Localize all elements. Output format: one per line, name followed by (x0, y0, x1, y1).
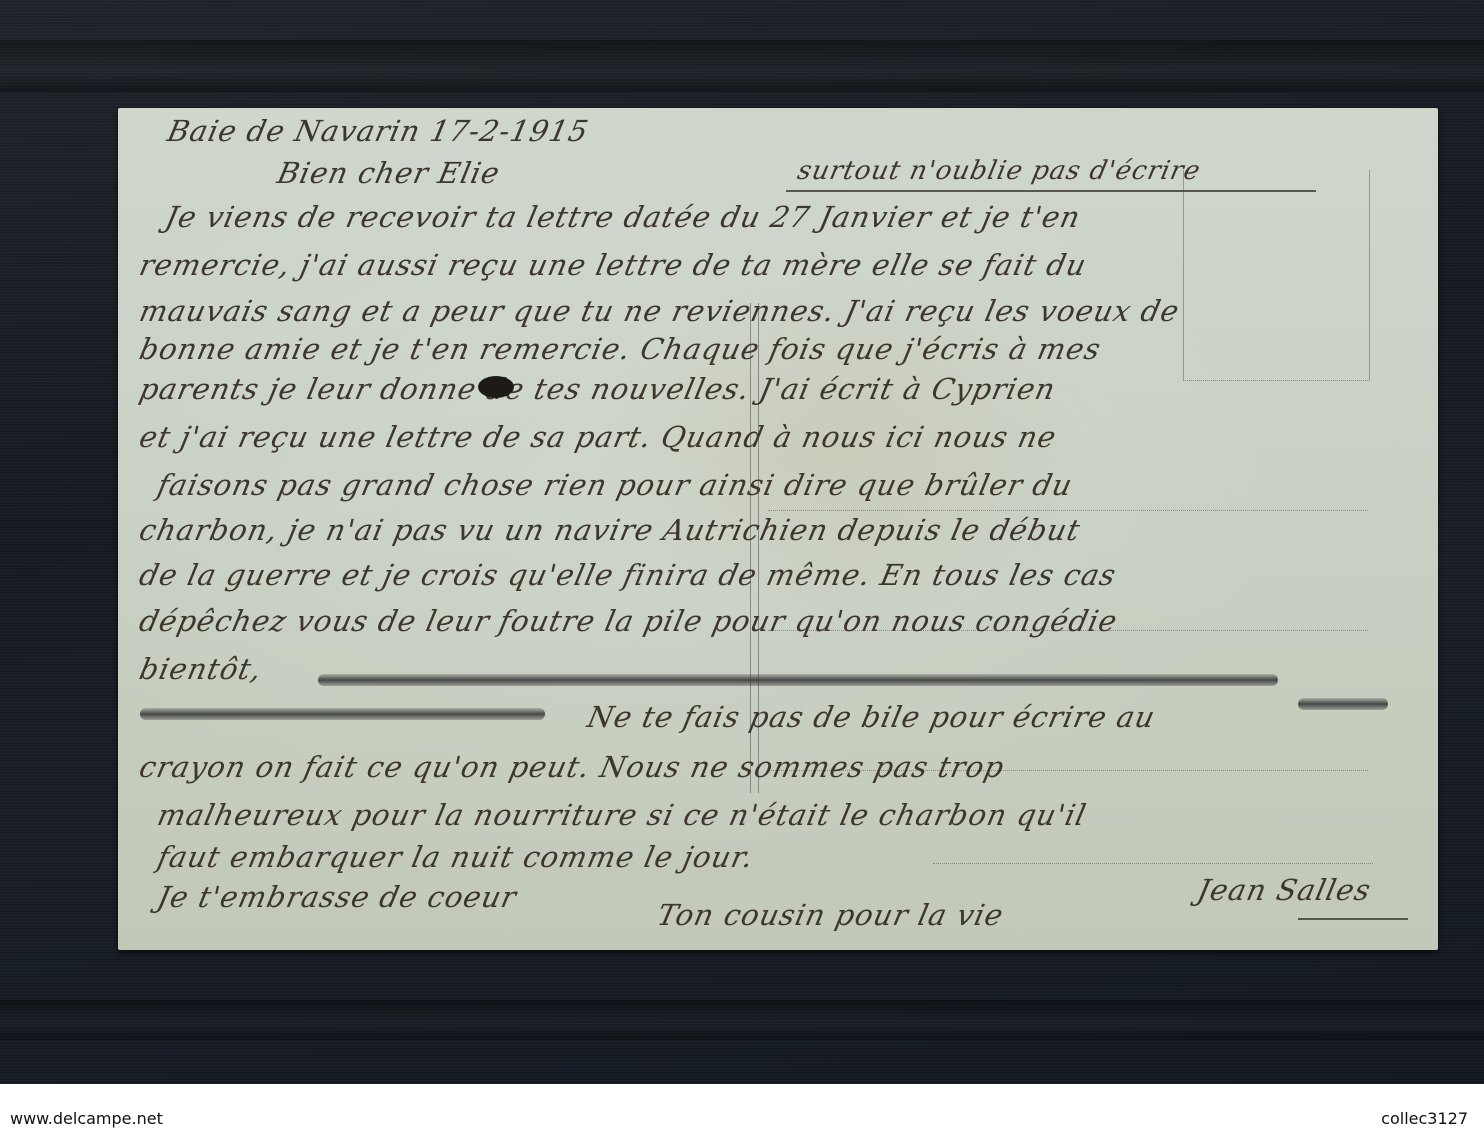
letter-line: faut embarquer la nuit comme le jour. (154, 840, 757, 874)
ink-blot (478, 376, 514, 398)
letter-line: Ne te fais pas de bile pour écrire au (584, 700, 1158, 734)
postcard: Baie de Navarin 17-2-1915 Bien cher Elie… (118, 108, 1438, 950)
letter-line: faisons pas grand chose rien pour ainsi … (154, 468, 1076, 502)
crossed-out-text (318, 674, 1278, 686)
letter-line: bientôt, (136, 652, 265, 686)
letter-line: dépêchez vous de leur foutre la pile pou… (136, 604, 1120, 638)
letter-line: charbon, je n'ai pas vu un navire Autric… (136, 513, 1083, 547)
photo-background: Baie de Navarin 17-2-1915 Bien cher Elie… (0, 0, 1484, 1084)
letter-line: parents je leur donne de tes nouvelles. … (136, 372, 1059, 406)
watermark-site: www.delcampe.net (10, 1109, 163, 1128)
address-line (768, 510, 1368, 511)
watermark-seller: collec3127 (1381, 1109, 1468, 1128)
signoff: Ton cousin pour la vie (654, 898, 1006, 932)
postscript: surtout n'oublie pas d'écrire (795, 156, 1204, 186)
album-strip-top (0, 40, 1484, 92)
stamp-box (1183, 170, 1370, 381)
letter-line: malheureux pour la nourriture si ce n'ét… (154, 798, 1089, 832)
album-strip-bottom (0, 1000, 1484, 1040)
signature-flourish (1298, 918, 1408, 920)
address-line (933, 863, 1373, 864)
place-date: Baie de Navarin 17-2-1915 (164, 114, 592, 148)
letter-line: crayon on fait ce qu'on peut. Nous ne so… (136, 750, 1007, 784)
crossed-out-text (1298, 698, 1388, 710)
letter-line: Je viens de recevoir ta lettre datée du … (162, 200, 1084, 234)
closing: Je t'embrasse de coeur (154, 880, 520, 914)
crossed-out-text (140, 708, 545, 720)
signature: Jean Salles (1194, 873, 1374, 907)
letter-line: bonne amie et je t'en remercie. Chaque f… (136, 332, 1104, 366)
postscript-underline (786, 190, 1316, 192)
letter-line: de la guerre et je crois qu'elle finira … (136, 558, 1119, 592)
salutation: Bien cher Elie (274, 156, 503, 190)
letter-line: et j'ai reçu une lettre de sa part. Quan… (136, 420, 1059, 454)
letter-line: mauvais sang et a peur que tu ne revienn… (136, 294, 1182, 328)
letter-line: remercie, j'ai aussi reçu une lettre de … (136, 248, 1090, 282)
